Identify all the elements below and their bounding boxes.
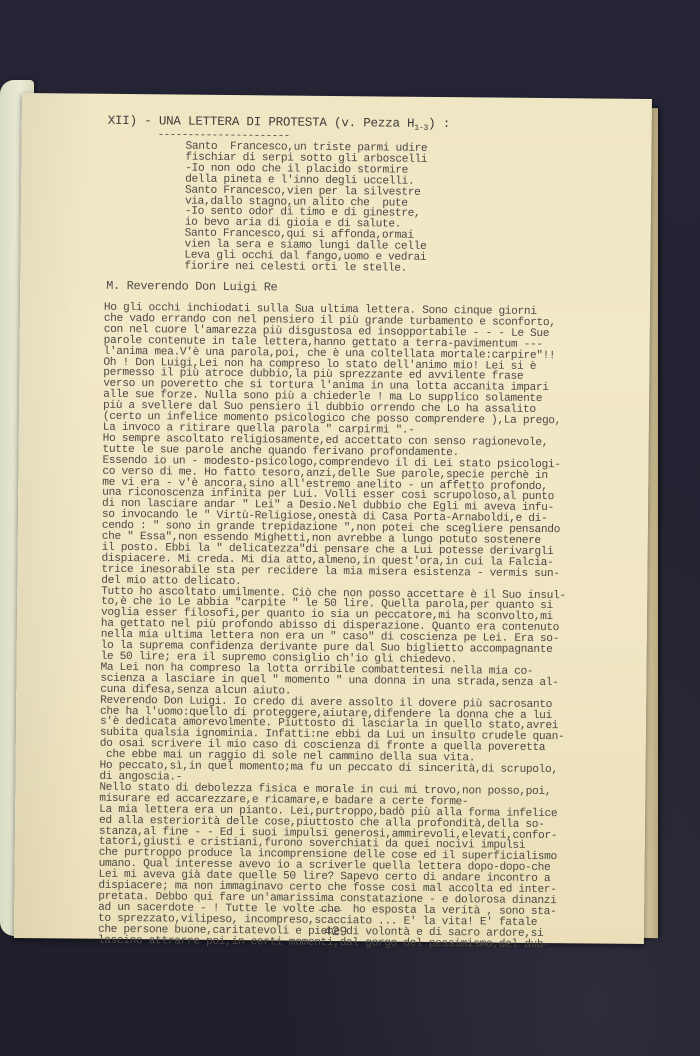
reference-subscript: 1-3 xyxy=(414,124,428,133)
typewritten-page: XII) - UNA LETTERA DI PROTESTA (v. Pezza… xyxy=(14,93,652,944)
letter-body: Ho gli occhi inchiodati sulla Sua ultima… xyxy=(98,303,569,951)
page-number: 429 xyxy=(324,924,348,939)
letter-salutation: M. Reverendo Don Luigi Re xyxy=(106,281,277,294)
section-title: UNA LETTERA DI PROTESTA xyxy=(159,114,327,130)
poem-stanza: Santo Francesco,un triste parmi udire fi… xyxy=(184,142,427,275)
reference-close: ) : xyxy=(428,117,450,131)
section-number: XII) - xyxy=(108,114,159,128)
reference-label: (v. Pezza H xyxy=(327,116,415,131)
separator-dashes: ----- xyxy=(317,906,342,917)
